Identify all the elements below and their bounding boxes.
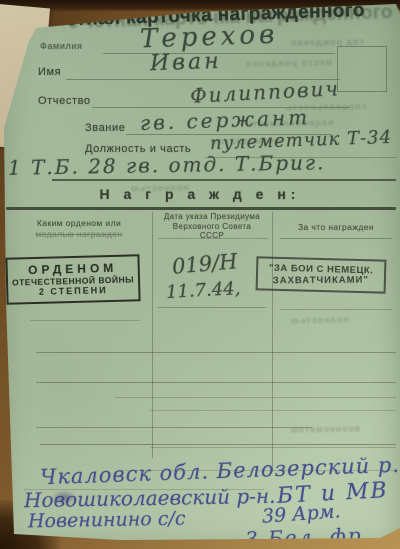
bleedthrough-text: специальность (285, 101, 367, 112)
col2-line2: Верховного Совета (156, 222, 268, 232)
col1-line1: Каким орденом или (10, 218, 148, 229)
awarded-header: Н а г р а ж д е н: (0, 186, 400, 202)
rank-label: Звание (85, 122, 125, 134)
bleedthrough-text: место рождения (245, 57, 332, 69)
decree-number: 019/Н (171, 249, 238, 279)
col2-line1: Дата указа Президиума (156, 212, 268, 222)
surname-label: Фамилия (40, 41, 82, 51)
decree-date: 11.7.44, (166, 278, 241, 303)
ink-blot (55, 493, 73, 502)
table-col3-header: За что награжден (278, 222, 394, 233)
photo-scene: Учетная карточка награжденного Учетная к… (0, 0, 400, 549)
table-col1-header: Каким орденом или медалью награжден (10, 218, 148, 240)
note-address-line3: Новенинино с/с (28, 508, 186, 533)
col1-line2: медалью награжден (10, 229, 148, 240)
photo-box-outline (337, 46, 387, 92)
bleedthrough-text: военкоматом (290, 423, 360, 434)
order-stamp: ОРДЕНОМ ОТЕЧЕСТВЕННОЙ ВОЙНЫ 2 СТЕПЕНИ (5, 254, 140, 304)
bleedthrough-text: военкоматом (210, 135, 280, 146)
name-value: Иван (150, 49, 222, 76)
bleedthrough-text: полностью (290, 314, 349, 325)
name-label: Имя (38, 66, 61, 78)
note-front: 3 Бел. фр. (245, 523, 372, 549)
col2-line3: СССР (156, 231, 268, 241)
table-col2-header: Дата указа Президиума Верховного Совета … (156, 212, 268, 241)
award-card: Учетная карточка награжденного Учетная к… (0, 0, 400, 549)
unit-value-2: 1 Т.Б. 28 гв. отд. Т.Бриг. (8, 150, 326, 180)
reason-stamp-line2: ЗАХВАТЧИКАМИ" (258, 274, 384, 286)
patronymic-label: Отчество (38, 95, 91, 107)
reason-stamp: "ЗА БОИ С НЕМЕЦК. ЗАХВАТЧИКАМИ" (256, 256, 387, 293)
